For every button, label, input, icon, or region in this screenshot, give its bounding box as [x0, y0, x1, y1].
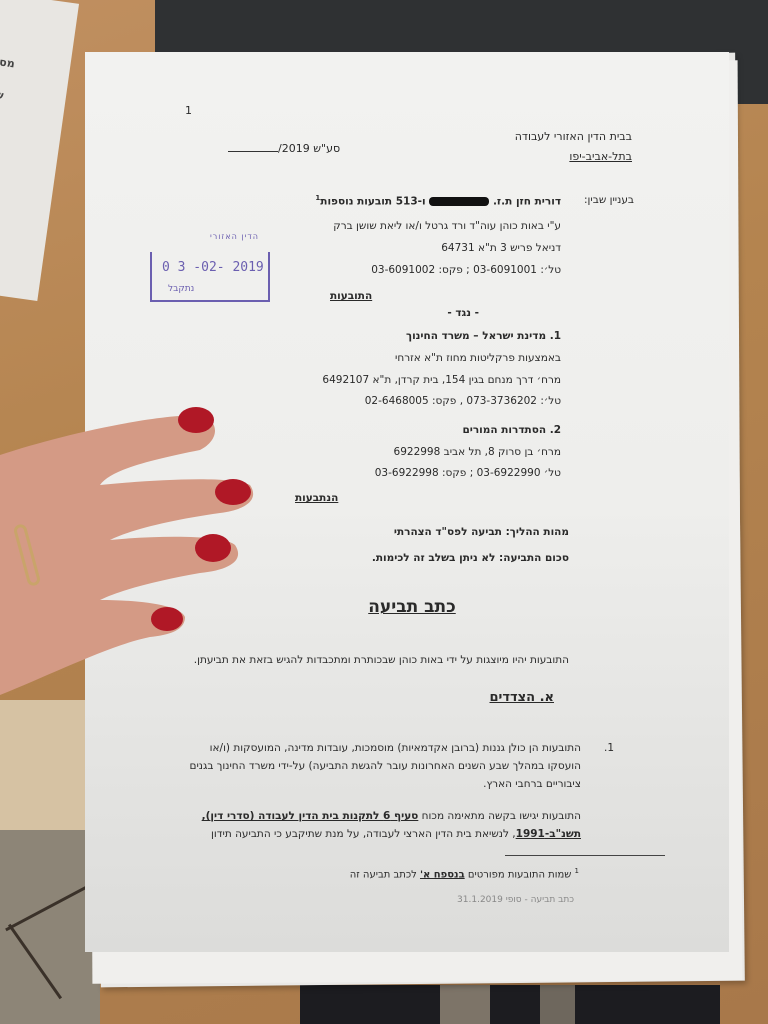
plaintiffs-count: ו-513 תובעות נוספות [320, 196, 425, 208]
stamp-date: 0 3 -02- 2019 [162, 260, 264, 275]
para-1-line: ציבוריים ברחבי הארץ. [483, 778, 581, 790]
defendant-2-line: טל׳ 03-6922990 ; פקס: 03-6922998 [375, 467, 561, 479]
received-stamp: הדין האזורי 0 3 -02- 2019 נתקבל [150, 232, 268, 302]
footnote: 1 שמות התובעות מפורטים בנספח א' לכתב תבי… [350, 867, 579, 880]
page-number: 1 [185, 104, 192, 117]
fingernail [151, 607, 183, 631]
defendant-2-line: מרח׳ בן סרוק 8, תל אביב 6922998 [394, 446, 561, 458]
defendant-1-name: 1. מדינת ישראל – משרד החינוך [406, 330, 561, 342]
defendant-2-name: 2. הסתדרות המורים [462, 424, 561, 436]
floor-gap [440, 985, 490, 1024]
fingernail [215, 479, 251, 505]
stamp-header: הדין האזורי [210, 232, 259, 241]
para-2-line: התובעות יגישו בקשה מתאימה מכוח סעיף 6 לת… [202, 810, 581, 822]
court-city: בתל-אביב-יפו [569, 150, 632, 163]
para-1-line: התובעות הן כולן גננות (ברובן אקדמאיות) מ… [210, 742, 581, 754]
para-2-lead: התובעות יגישו בקשה מתאימה מכוח [422, 810, 581, 822]
defendant-1-line: באמצעות פרקליטות מחוז ת"א אזרחי [395, 352, 561, 364]
redacted-id [429, 197, 489, 206]
hand [0, 395, 270, 715]
footnote-divider [505, 855, 665, 856]
section-a-title: א. הצדדים [489, 690, 554, 705]
claim-amount: סכום התביעה: לא ניתן בשלב זה לכימות. [372, 552, 569, 564]
para-2-line: תשנ"ב-1991, לנשיאת בית הדין הארצי לעבודה… [211, 828, 581, 840]
footnote-tail: לכתב תביעה זה [350, 869, 417, 880]
regulation-reference: סעיף 6 לתקנות בית הדין לעבודה (סדרי דין)… [202, 810, 419, 822]
footnote-lead: שמות התובעות מפורטים [468, 869, 571, 880]
defendants-role: הנתבעות [295, 492, 338, 504]
defendant-1-line: מרח׳ דרך מנחם בגין 154, בית קרדן, ת"א 64… [322, 374, 561, 386]
para-2-rest: , לנשיאת בית הדין הארצי לעבודה, על מנת ש… [211, 828, 516, 840]
plaintiff-name: דורית חזן ת.ז. [493, 196, 561, 208]
side-paper-text: שם [0, 87, 4, 102]
footnote-mark: 1 [575, 867, 579, 875]
versus: - נגד - [447, 307, 479, 319]
para-1-number: 1. [604, 742, 614, 754]
floor-gap [540, 985, 575, 1024]
nature-of-proceeding: מהות ההליך: תביעה לפס"ד הצהרתי [394, 526, 569, 538]
plaintiffs-phone: טל׳: 03-6091001 ; פקס: 03-6091002 [371, 264, 561, 276]
fingernail [178, 407, 214, 433]
plaintiffs-counsel: ע"י באות כוהן עוה"ד ורד גרטל ו/או ליאת ש… [333, 220, 561, 232]
plaintiffs-role: התובעות [330, 290, 372, 302]
case-number-blank [228, 151, 278, 152]
stamp-footer: נתקבל [168, 284, 194, 294]
fingernail [195, 534, 231, 562]
plaintiffs-address: דניאל פריש 3 ת"א 64731 [441, 242, 561, 254]
matter-label: בעניין שבין: [584, 194, 634, 206]
para-1-line: הועסקו במהלך שבע השנים האחרונות עובר להג… [189, 760, 581, 772]
appendix-reference: בנספח א' [420, 869, 465, 880]
case-number-text: סע"ש 2019/ [278, 142, 340, 155]
side-paper-text: מספ [0, 54, 16, 70]
regulation-year: תשנ"ב-1991 [516, 828, 581, 840]
legs [300, 985, 720, 1024]
case-number: סע"ש 2019/ [228, 142, 340, 155]
defendant-1-line: טל׳: 073-3736202 , פקס: 02-6468005 [365, 395, 561, 407]
footer-tag: כתב תביעה - סופי 31.1.2019 [457, 895, 574, 905]
plaintiffs-line: דורית חזן ת.ז. ו-513 תובעות נוספות1 [315, 194, 561, 208]
court-name: בבית הדין האזורי לעבודה [515, 130, 632, 143]
